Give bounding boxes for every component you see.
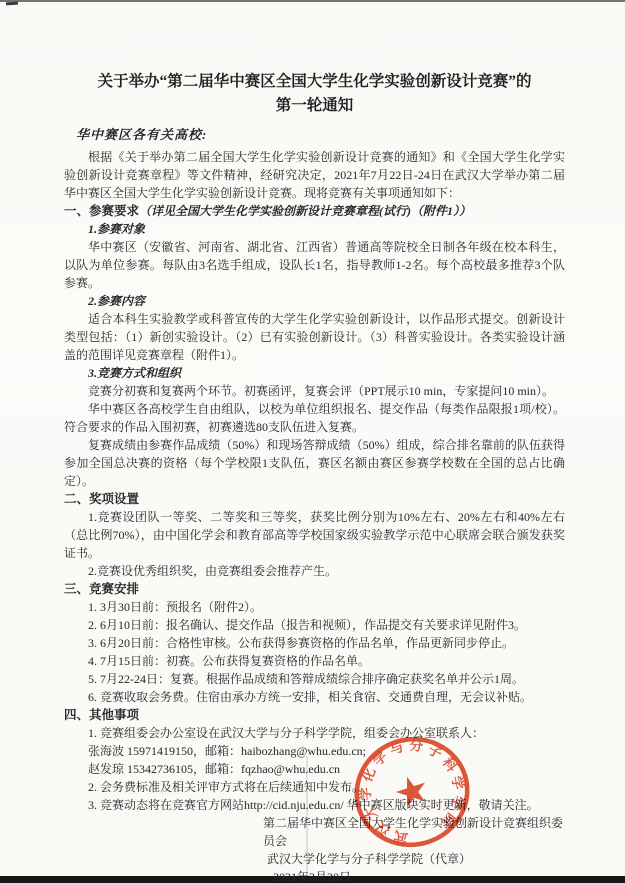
schedule-item: 6. 竞赛收取会务费。住宿由承办方统一安排，相关食宿、交通费自理，无会议补贴。 [64,688,565,706]
sub3-paragraph-3: 复赛成绩由参赛作品成绩（50%）和现场答辩成绩（50%）组成，综合排名靠前的队伍… [64,436,565,490]
signature-organization: 第二届华中赛区全国大学生化学实验创新设计竞赛组织委员会 [64,814,565,850]
section-3-heading: 三、竞赛安排 [64,580,565,598]
scanned-notice-page: 关于举办“第二届华中赛区全国大学生化学实验创新设计竞赛”的 第一轮通知 华中赛区… [0,0,625,883]
section-2-heading: 二、奖项设置 [64,490,565,508]
scan-top-edge [0,0,625,2]
section-1-heading-note: （详见全国大学生化学实验创新设计竞赛章程(试行)（附件1）） [139,204,471,218]
document-body: 根据《关于举办第二届全国大学生化学实验创新设计竞赛的通知》和《全国大学生化学实验… [64,148,565,883]
sub2-title: 2.参赛内容 [64,292,565,310]
section-2-item-1: 1.竞赛设团队一等奖、二等奖和三等奖，获奖比例分别为10%左右、20%左右和40… [64,508,565,562]
scan-artifact-mark [6,2,18,6]
section-1-heading-line: 一、参赛要求（详见全国大学生化学实验创新设计竞赛章程(试行)（附件1）） [64,202,565,220]
page-title: 关于举办“第二届华中赛区全国大学生化学实验创新设计竞赛”的 第一轮通知 [64,70,565,118]
signature-block: 第二届华中赛区全国大学生化学实验创新设计竞赛组织委员会 武汉大学化学与分子科学学… [64,814,565,883]
sub3-paragraph-1: 竞赛分初赛和复赛两个环节。初赛函评，复赛会评（PPT展示10 min，专家提问1… [64,382,565,400]
section-4-heading: 四、其他事项 [64,706,565,724]
title-line-1: 关于举办“第二届华中赛区全国大学生化学实验创新设计竞赛”的 [97,73,531,90]
signature-date: 2021年2月20日 [64,868,565,883]
sub1-text: 华中赛区（安徽省、河南省、湖北省、江西省）普通高等院校全日制各年级在校本科生，以… [64,238,565,292]
signature-issuer: 武汉大学化学与分子科学学院（代章） [64,850,565,868]
section-4-item-3: 3. 竞赛动态将在竞赛官方网站http://cid.nju.edu.cn/ 华中… [64,796,565,814]
contact-line-1: 张海波 15971419150，邮箱：haibozhang@whu.edu.cn… [64,742,565,760]
section-2-item-2: 2.竞赛设优秀组织奖，由竞赛组委会推荐产生。 [64,562,565,580]
schedule-item: 5. 7月22-24日：复赛。根据作品成绩和答辩成绩综合排序确定获奖名单并公示1… [64,670,565,688]
document-content: 关于举办“第二届华中赛区全国大学生化学实验创新设计竞赛”的 第一轮通知 华中赛区… [64,70,565,883]
sub3-paragraph-2: 华中赛区各高校学生自由组队，以校为单位组织报名、提交作品（每类作品限报1项/校）… [64,400,565,436]
schedule-item: 1. 3月30日前：预报名（附件2）。 [64,598,565,616]
section-4-item-1: 1. 竞赛组委会办公室设在武汉大学与分子科学学院，组委会办公室联系人： [64,724,565,742]
sub3-title: 3.竞赛方式和组织 [64,364,565,382]
sub2-text: 适合本科生实验教学或科普宣传的大学生化学实验创新设计，以作品形式提交。创新设计类… [64,310,565,364]
title-line-2: 第一轮通知 [276,97,354,114]
section-1-heading: 一、参赛要求 [64,204,139,218]
schedule-item: 3. 6月20日前：合格性审核。公布获得参赛资格的作品名单，作品更新同步停止。 [64,634,565,652]
sub1-title: 1.参赛对象 [64,220,565,238]
contact-line-2: 赵发琼 15342736105，邮箱：fqzhao@whu.edu.cn [64,760,565,778]
salutation: 华中赛区各有关高校: [76,126,565,144]
section-4-item-2: 2. 会务费标准及相关评审方式将在后续通知中发布。 [64,778,565,796]
schedule-item: 4. 7月15日前：初赛。公布获得复赛资格的作品名单。 [64,652,565,670]
intro-paragraph: 根据《关于举办第二届全国大学生化学实验创新设计竞赛的通知》和《全国大学生化学实验… [64,148,565,202]
schedule-item: 2. 6月10日前：报名确认、提交作品（报告和视频），作品提交有关要求详见附件3… [64,616,565,634]
